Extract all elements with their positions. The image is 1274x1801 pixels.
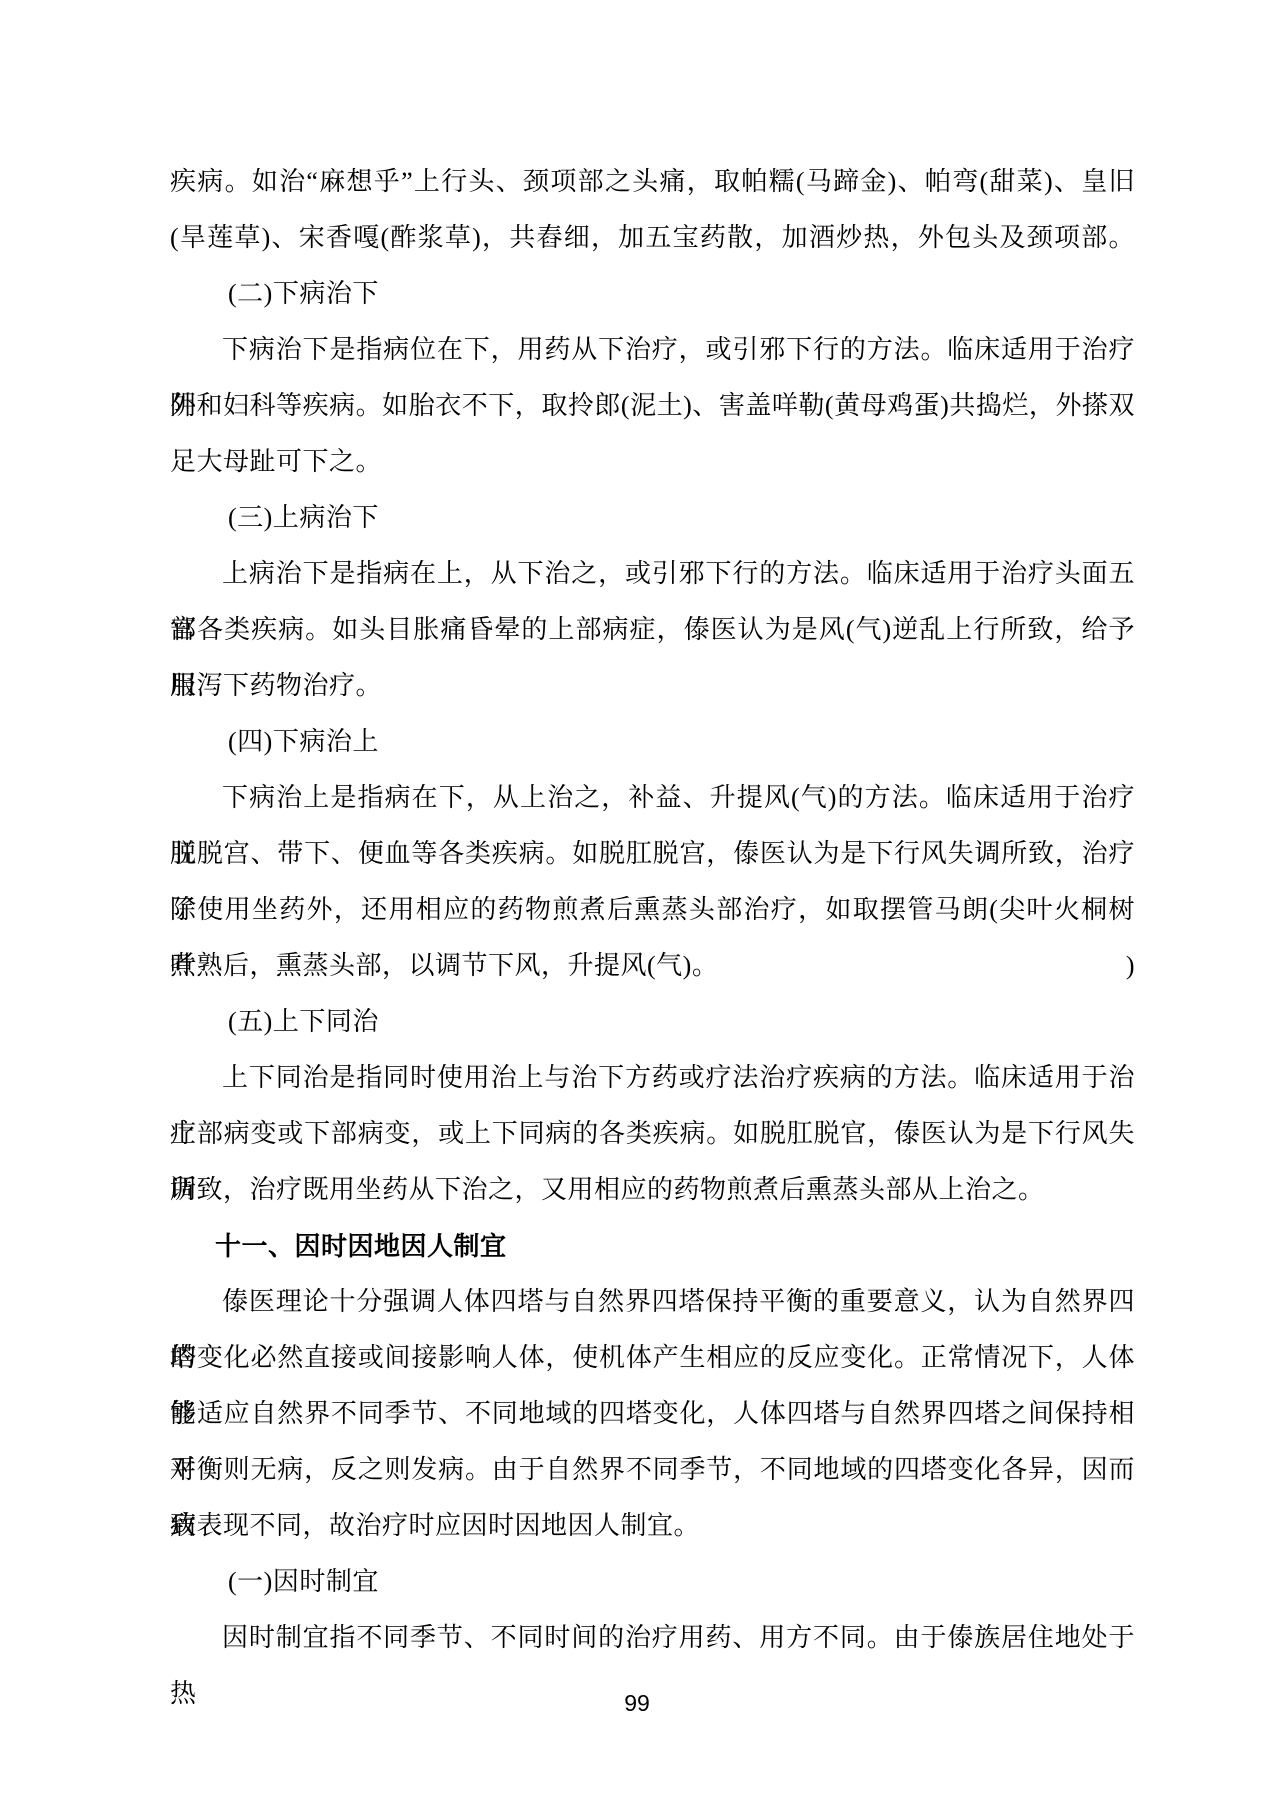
text-line: 下病治下是指病位在下，用药从下治疗，或引邪下行的方法。临床适用于治疗外 [170, 322, 1135, 378]
text-line: 上病治下是指病在上，从下治之，或引邪下行的方法。临床适用于治疗头面五官 [170, 546, 1135, 602]
text-line: 傣医理论十分强调人体四塔与自然界四塔保持平衡的重要意义，认为自然界四塔 [170, 1274, 1135, 1330]
page-footer: 99 [0, 1690, 1274, 1717]
text-line: 的变化必然直接或间接影响人体，使机体产生相应的反应变化。正常情况下，人体能 [170, 1330, 1135, 1386]
document-body: 疾病。如治“麻想乎”上行头、颈项部之头痛，取帕糯(马蹄金)、帕弯(甜菜)、皇旧(… [170, 154, 1135, 1666]
subheading: (五)上下同治 [170, 994, 1135, 1050]
text-line: 足大母趾可下之。 [170, 434, 1135, 490]
text-line: 下病治上是指病在下，从上治之，补益、升提风(气)的方法。临床适用于治疗脱 [170, 770, 1135, 826]
subheading: (三)上病治下 [170, 490, 1135, 546]
text-line: 平衡则无病，反之则发病。由于自然界不同季节，不同地域的四塔变化各异，因而致 [170, 1442, 1135, 1498]
section-title: 十一、因时因地因人制宜 [170, 1218, 1135, 1274]
text-line: (旱莲草)、宋香嘎(酢浆草)，共舂细，加五宝药散，加酒炒热，外包头及颈项部。 [170, 210, 1135, 266]
text-line: 用泻下药物治疗。 [170, 658, 1135, 714]
text-line: 因时制宜指不同季节、不同时间的治疗用药、用方不同。由于傣族居住地处于热 [170, 1610, 1135, 1666]
text-line: 上下同治是指同时使用治上与治下方药或疗法治疗疾病的方法。临床适用于治疗 [170, 1050, 1135, 1106]
subheading: (二)下病治下 [170, 266, 1135, 322]
text-line: 肛脱宫、带下、便血等各类疾病。如脱肛脱宫，傣医认为是下行风失调所致，治疗除 [170, 826, 1135, 882]
subheading: (四)下病治上 [170, 714, 1135, 770]
page-number: 99 [624, 1690, 650, 1716]
subheading: (一)因时制宜 [170, 1554, 1135, 1610]
text-line: 病表现不同，故治疗时应因时因地因人制宜。 [170, 1498, 1135, 1554]
text-line: 上部病变或下部病变，或上下同病的各类疾病。如脱肛脱官，傣医认为是下行风失调 [170, 1106, 1135, 1162]
text-line: 了使用坐药外，还用相应的药物煎煮后熏蒸头部治疗，如取摆管马朗(尖叶火桐树叶) [170, 882, 1135, 938]
text-line: 疾病。如治“麻想乎”上行头、颈项部之头痛，取帕糯(马蹄金)、帕弯(甜菜)、皇旧 [170, 154, 1135, 210]
text-line: 部各类疾病。如头目胀痛昏晕的上部病症，傣医认为是风(气)逆乱上行所致，给予服 [170, 602, 1135, 658]
text-line: 阴和妇科等疾病。如胎衣不下，取拎郎(泥土)、害盖咩勒(黄母鸡蛋)共捣烂，外搽双 [170, 378, 1135, 434]
document-page: { "page_number": "99", "content": { "lin… [0, 0, 1274, 1801]
text-line: 够适应自然界不同季节、不同地域的四塔变化，人体四塔与自然界四塔之间保持相对 [170, 1386, 1135, 1442]
text-line: 所致，治疗既用坐药从下治之，又用相应的药物煎煮后熏蒸头部从上治之。 [170, 1162, 1135, 1218]
